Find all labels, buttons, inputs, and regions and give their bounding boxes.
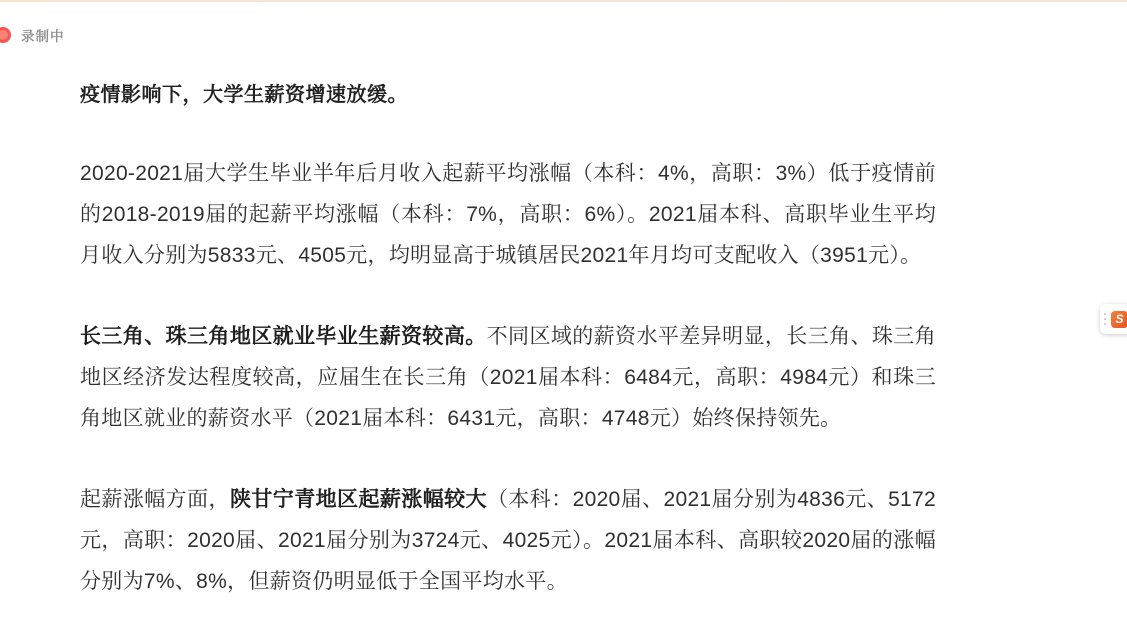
paragraph-text: 2020-2021届大学生毕业半年后月收入起薪平均涨幅（本科：4%，高职：3%）…	[80, 162, 936, 267]
recording-status-label: 录制中	[21, 25, 65, 45]
paragraph-lead: 起薪涨幅方面，	[80, 488, 230, 511]
section-heading: 疫情影响下，大学生薪资增速放缓。	[80, 81, 936, 109]
document-page: 疫情影响下，大学生薪资增速放缓。 2020-2021届大学生毕业半年后月收入起薪…	[80, 81, 936, 641]
screen-recording-indicator[interactable]: 录制中	[0, 25, 65, 45]
paragraph-salary-growth: 2020-2021届大学生毕业半年后月收入起薪平均涨幅（本科：4%，高职：3%）…	[80, 153, 936, 276]
record-dot-icon	[0, 27, 11, 43]
drag-handle-icon[interactable]	[1104, 313, 1106, 325]
paragraph-northwest-growth: 起薪涨幅方面，陕甘宁青地区起薪涨幅较大（本科：2020届、2021届分别为483…	[80, 479, 936, 602]
window-top-accent-line	[0, 0, 1127, 2]
paragraph-bold-lead: 长三角、珠三角地区就业毕业生薪资较高。	[80, 325, 487, 348]
s-tool-logo-icon[interactable]: S	[1111, 311, 1127, 328]
paragraph-bold: 陕甘宁青地区起薪涨幅较大	[230, 488, 487, 511]
floating-tool-widget[interactable]: S	[1100, 304, 1127, 334]
paragraph-delta-regions: 长三角、珠三角地区就业毕业生薪资较高。不同区域的薪资水平差异明显，长三角、珠三角…	[80, 316, 936, 439]
